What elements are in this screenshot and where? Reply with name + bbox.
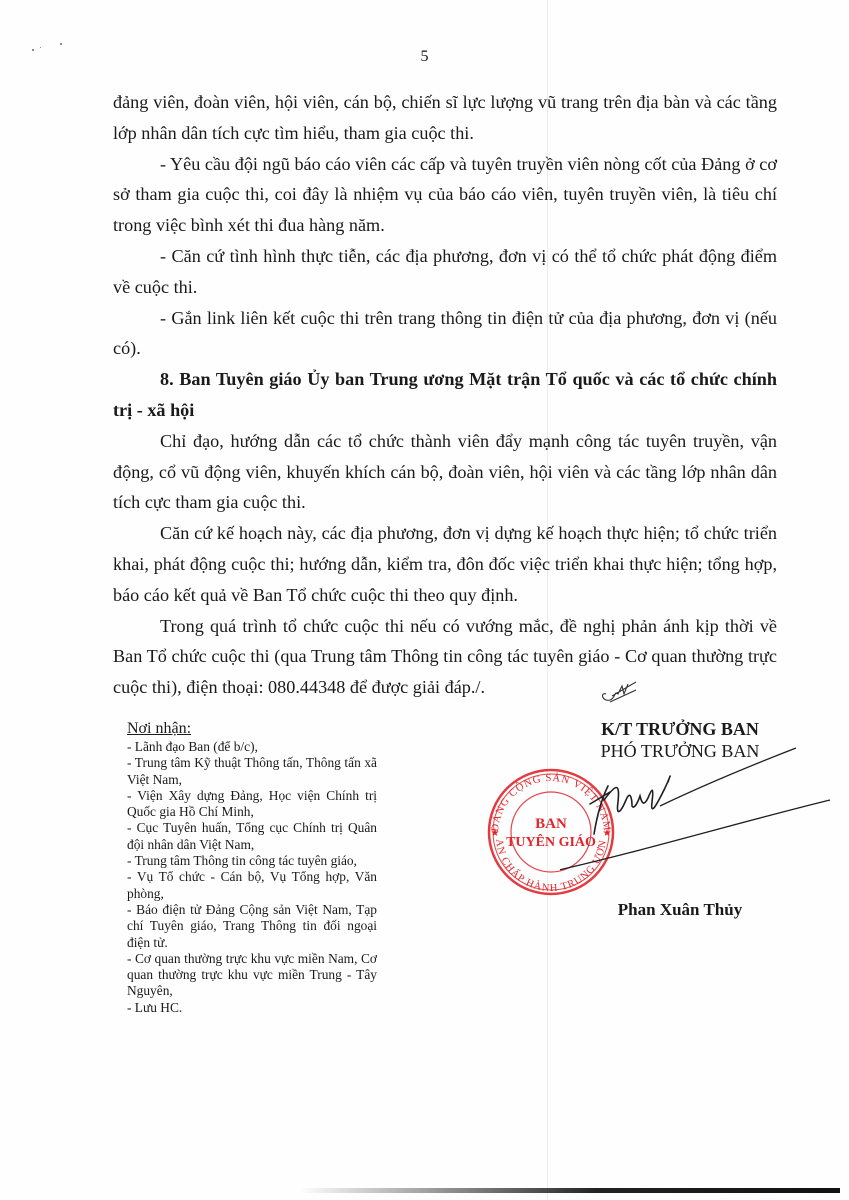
bullet-paragraph: - Gắn link liên kết cuộc thi trên trang …	[113, 303, 777, 365]
signer-name: Phan Xuân Thủy	[560, 900, 800, 920]
document-body: đảng viên, đoàn viên, hội viên, cán bộ, …	[113, 87, 777, 703]
recipient-item: - Lãnh đạo Ban (để b/c),	[127, 739, 377, 755]
paragraph-continuation: đảng viên, đoàn viên, hội viên, cán bộ, …	[113, 87, 777, 149]
handwritten-signature	[560, 742, 840, 892]
recipient-item: - Vụ Tổ chức - Cán bộ, Vụ Tổng hợp, Văn …	[127, 869, 377, 902]
recipients-title: Nơi nhận:	[127, 720, 377, 738]
recipient-item: - Trung tâm Kỹ thuật Thông tấn, Thông tấ…	[127, 755, 377, 788]
body-paragraph: Trong quá trình tổ chức cuộc thi nếu có …	[113, 611, 777, 703]
recipient-item: - Lưu HC.	[127, 1000, 377, 1016]
section-heading: 8. Ban Tuyên giáo Ủy ban Trung ương Mặt …	[113, 364, 777, 426]
initials-mark	[598, 672, 638, 706]
signer-role: K/T TRƯỞNG BAN	[560, 718, 800, 740]
recipients-list: Nơi nhận: - Lãnh đạo Ban (để b/c), - Tru…	[127, 720, 377, 1016]
recipient-item: - Cục Tuyên huấn, Tổng cục Chính trị Quâ…	[127, 820, 377, 853]
scan-edge-artifact	[300, 1188, 840, 1193]
body-paragraph: Chỉ đạo, hướng dẫn các tổ chức thành viê…	[113, 426, 777, 518]
recipient-item: - Báo điện tử Đảng Cộng sản Việt Nam, Tạ…	[127, 902, 377, 951]
recipient-item: - Trung tâm Thông tin công tác tuyên giá…	[127, 853, 377, 869]
body-paragraph: Căn cứ kế hoạch này, các địa phương, đơn…	[113, 518, 777, 610]
bullet-paragraph: - Căn cứ tình hình thực tiễn, các địa ph…	[113, 241, 777, 303]
bullet-paragraph: - Yêu cầu đội ngũ báo cáo viên các cấp v…	[113, 149, 777, 241]
recipient-item: - Viện Xây dựng Đảng, Học viện Chính trị…	[127, 788, 377, 821]
svg-text:★: ★	[491, 828, 500, 839]
document-page: 5 đảng viên, đoàn viên, hội viên, cán bộ…	[0, 0, 849, 1200]
page-number: 5	[0, 48, 849, 66]
recipient-item: - Cơ quan thường trực khu vực miền Nam, …	[127, 951, 377, 1000]
